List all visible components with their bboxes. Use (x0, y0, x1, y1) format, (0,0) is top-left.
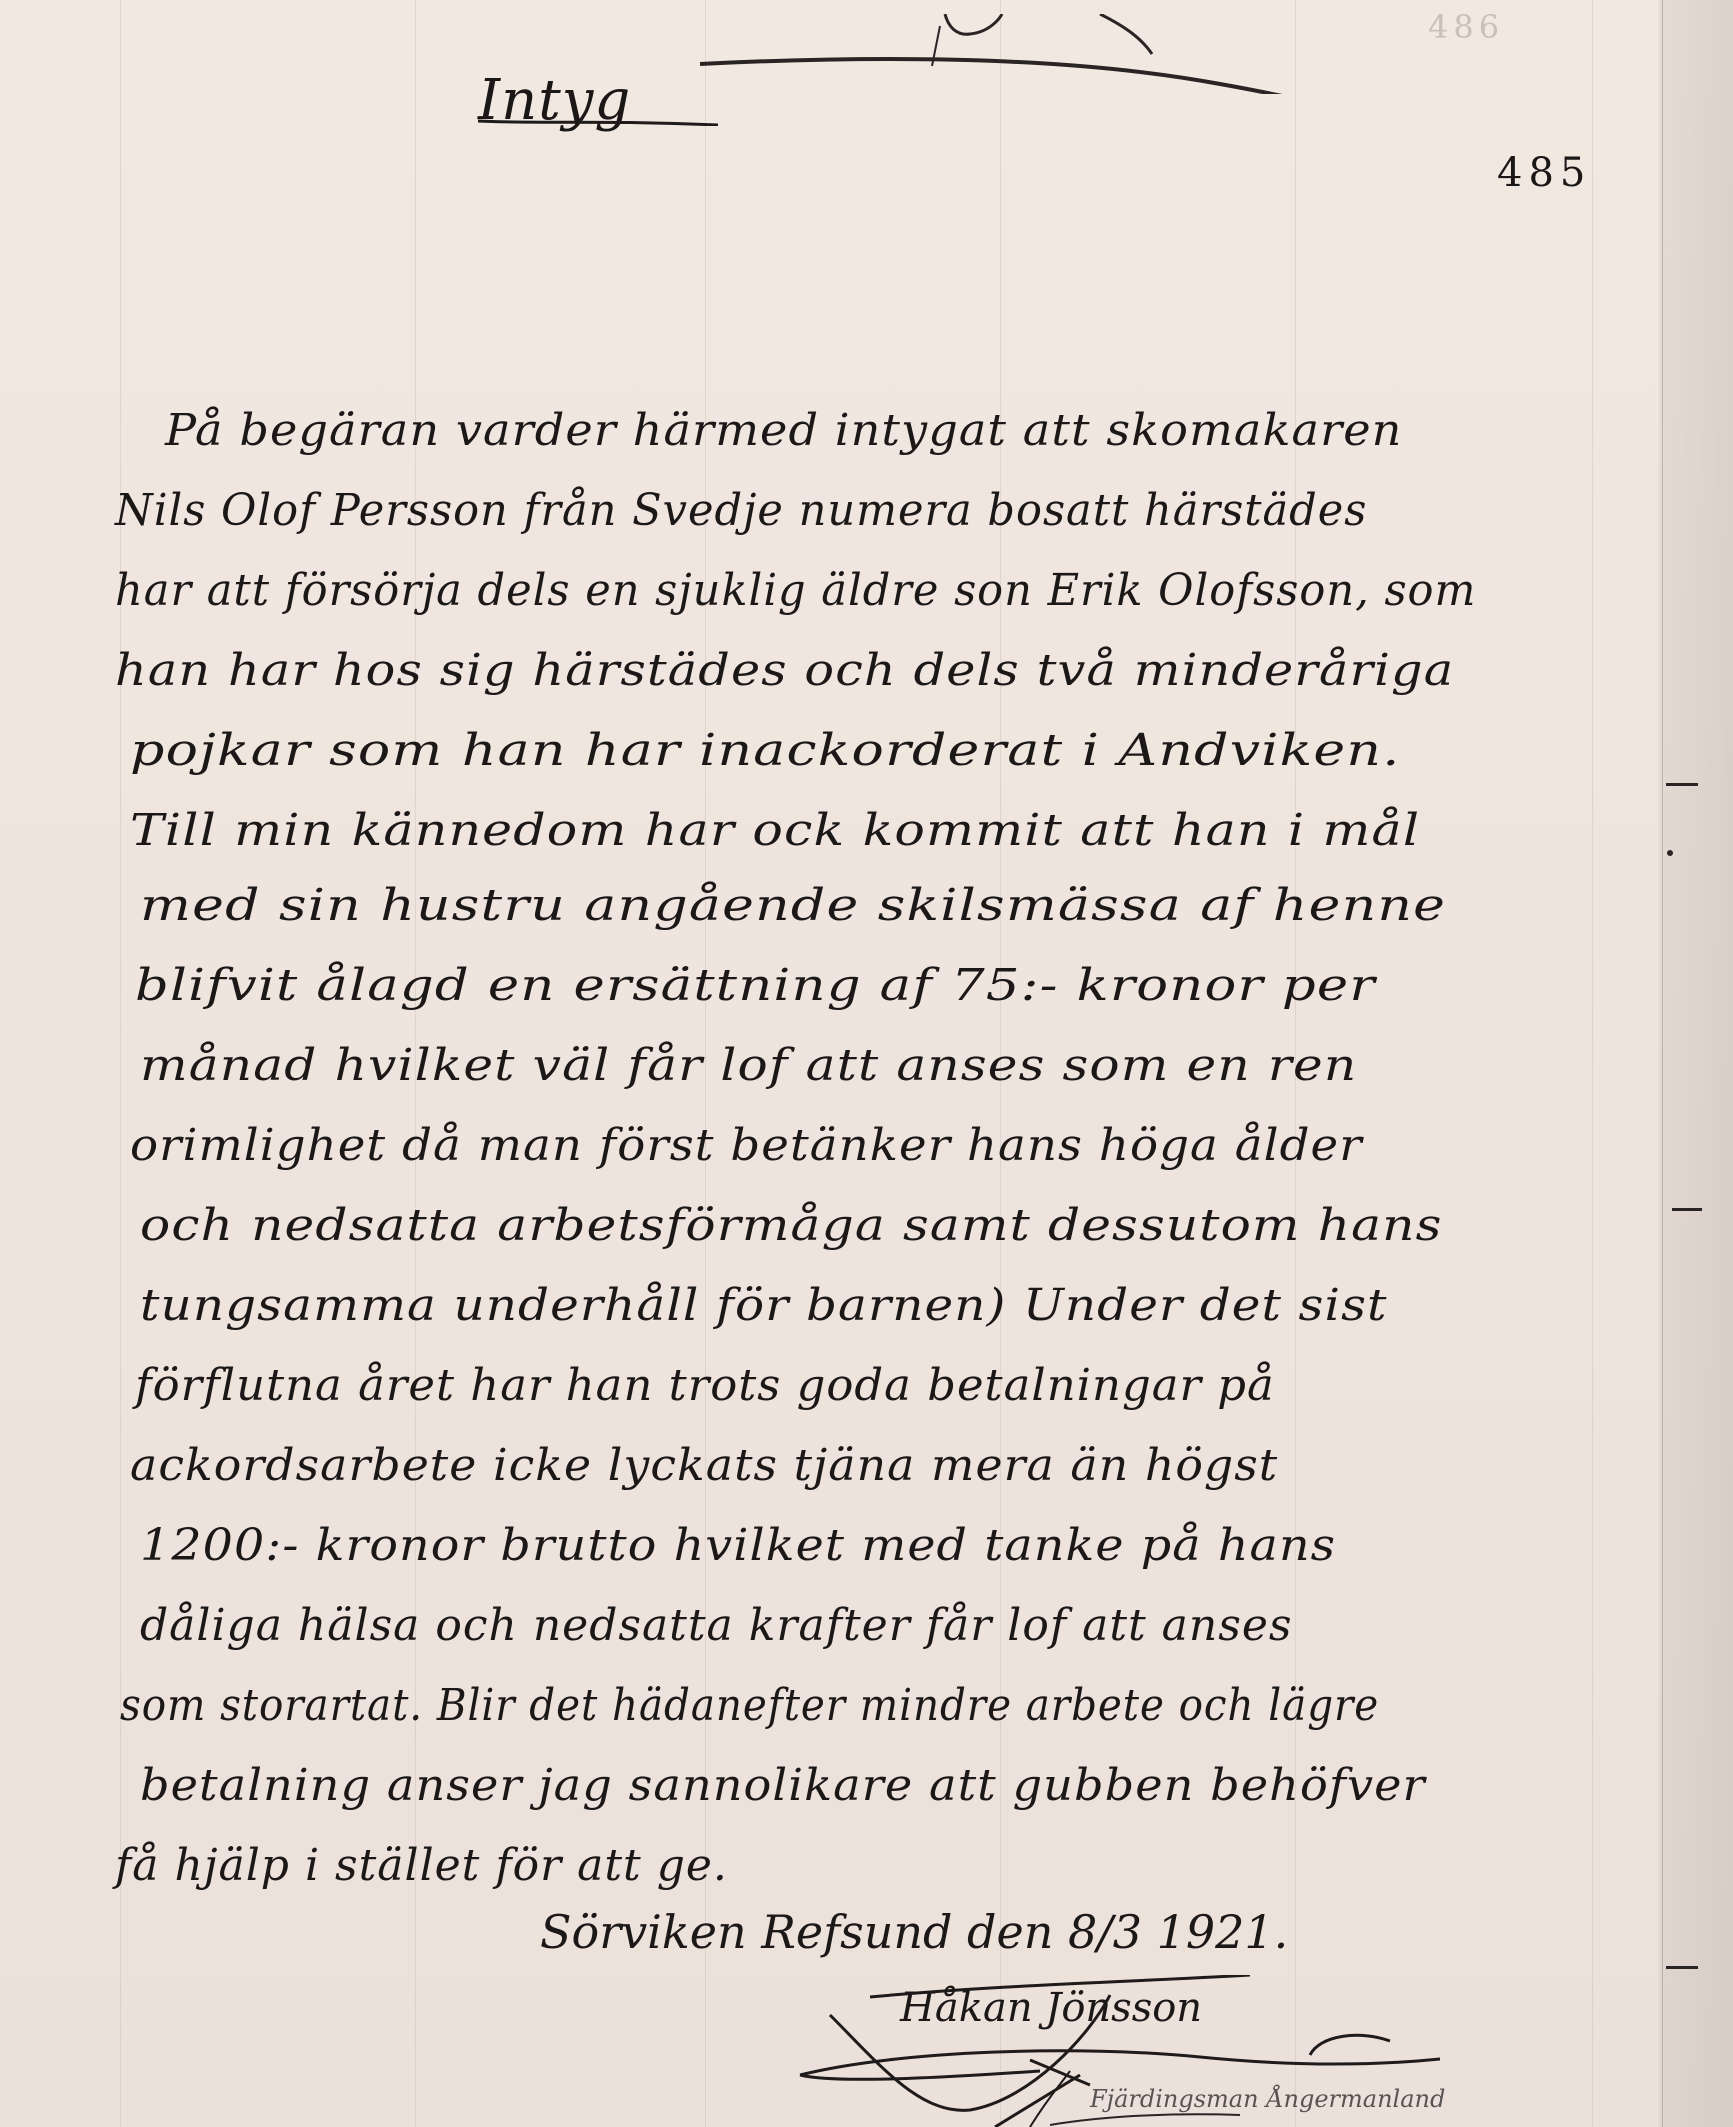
signature: Håkan Jönsson (900, 1985, 1202, 2031)
body-line: På begäran varder härmed intygat att sko… (165, 405, 1402, 456)
body-line: månad hvilket väl får lof att anses som … (140, 1040, 1357, 1091)
body-line: förflutna året har han trots goda betaln… (135, 1360, 1275, 1411)
body-line: Till min kännedom har ock kommit att han… (130, 805, 1420, 856)
body-line: som storartat. Blir det hädanefter mindr… (120, 1680, 1379, 1731)
signer-title: Fjärdingsman Ångermanland (1090, 2085, 1445, 2113)
margin-dot-mark (1667, 850, 1673, 856)
body-line: tungsamma underhåll för barnen) Under de… (140, 1280, 1388, 1331)
place-and-date: Sörviken Refsund den 8/3 1921. (540, 1905, 1288, 1959)
margin-tick-mark (1666, 1966, 1698, 1969)
body-line: 1200:- kronor brutto hvilket med tanke p… (140, 1520, 1336, 1571)
body-line: få hjälp i stället för att ge. (115, 1840, 728, 1891)
margin-tick-mark (1672, 1208, 1702, 1211)
body-line: betalning anser jag sannolikare att gubb… (140, 1760, 1426, 1811)
body-line: blifvit ålagd en ersättning af 75:- kron… (135, 960, 1376, 1011)
margin-tick-mark (1666, 783, 1698, 786)
body-line: med sin hustru angående skilsmässa af he… (140, 880, 1446, 931)
certificate-body: På begäran varder härmed intygat att sko… (0, 0, 1733, 2127)
body-line: han har hos sig härstädes och dels två m… (115, 645, 1454, 696)
body-line: orimlighet då man först betänker hans hö… (130, 1120, 1363, 1171)
body-line: Nils Olof Persson från Svedje numera bos… (115, 485, 1367, 536)
body-line: har att försörja dels en sjuklig äldre s… (115, 565, 1476, 616)
body-line: pojkar som han har inackorderat i Andvik… (130, 725, 1400, 776)
body-line: ackordsarbete icke lyckats tjäna mera än… (130, 1440, 1278, 1491)
body-line: och nedsatta arbetsförmåga samt dessutom… (140, 1200, 1443, 1251)
document-page: 486 Intyg 485 På begäran varder härmed i… (0, 0, 1733, 2127)
body-line: dåliga hälsa och nedsatta krafter får lo… (140, 1600, 1292, 1651)
